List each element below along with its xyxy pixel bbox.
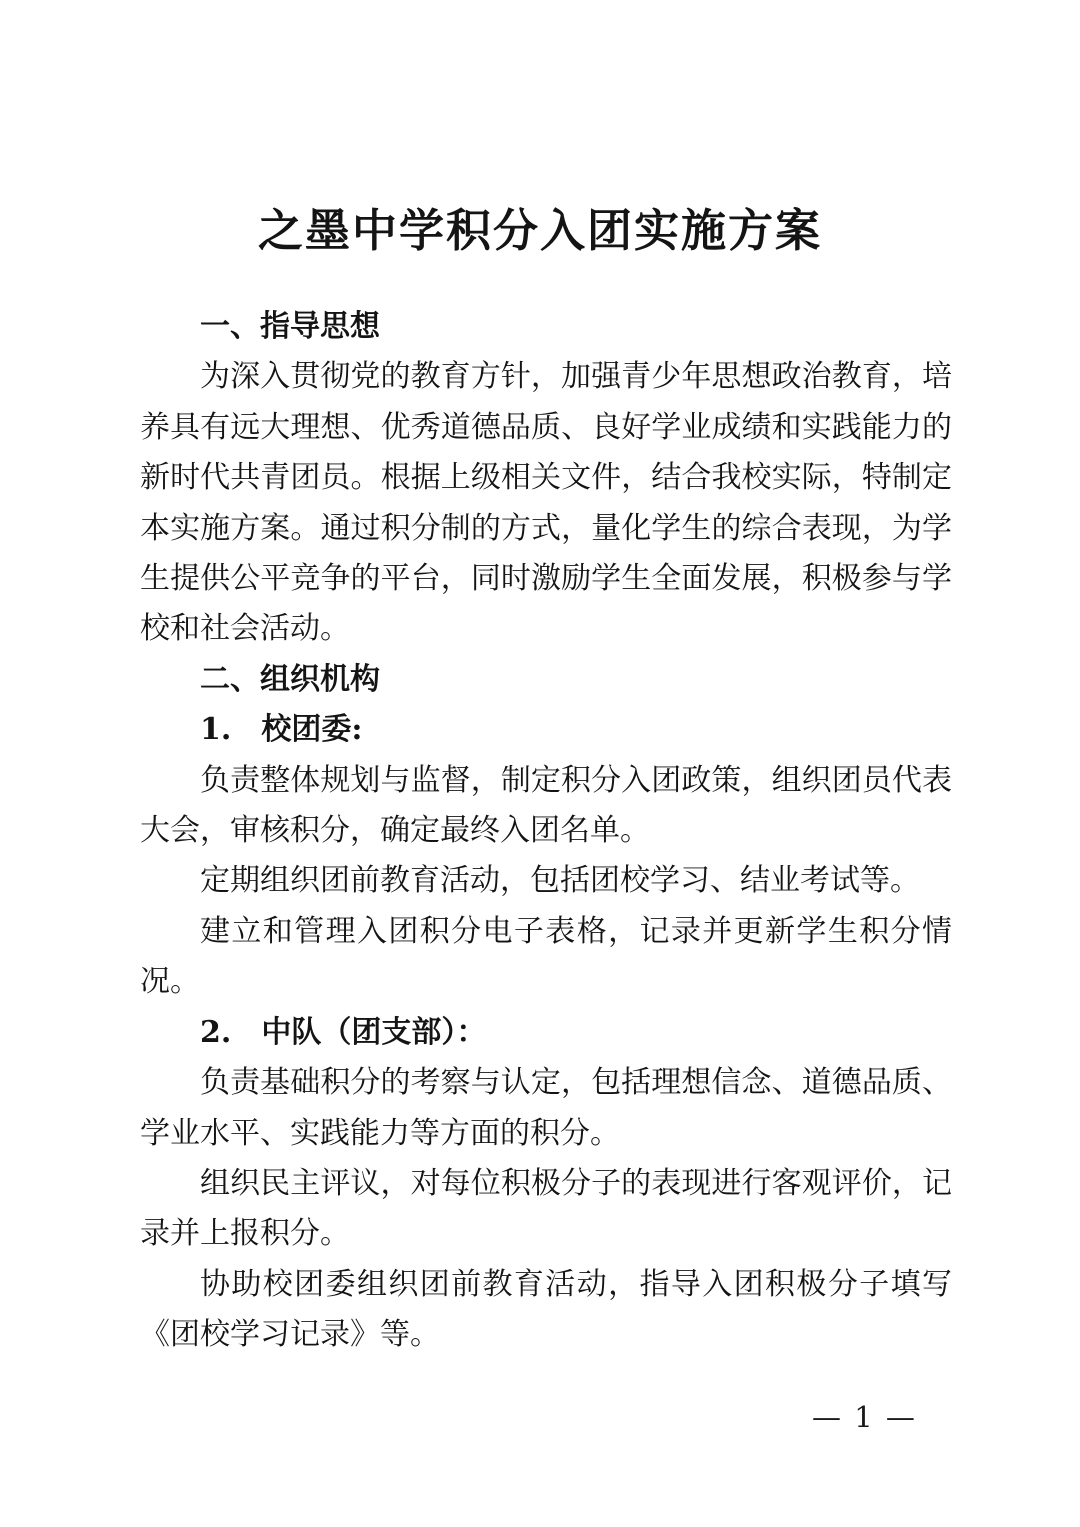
subsection-heading-squadron-branch: 2. 中队（团支部）： [140, 1008, 952, 1058]
page-number: — 1 — [812, 1400, 917, 1434]
document-body: 一、指导思想 为深入贯彻党的教育方针，加强青少年思想政治教育，培养具有远大理想、… [140, 302, 952, 1361]
paragraph-committee-duty-1: 负责整体规划与监督，制定积分入团政策，组织团员代表大会，审核积分，确定最终入团名… [140, 756, 952, 857]
paragraph-squadron-duty-3: 协助校团委组织团前教育活动，指导入团积极分子填写《团校学习记录》等。 [140, 1260, 952, 1361]
paragraph-committee-duty-3: 建立和管理入团积分电子表格，记录并更新学生积分情况。 [140, 907, 952, 1008]
section-heading-guiding-ideology: 一、指导思想 [140, 302, 952, 352]
paragraph-committee-duty-2: 定期组织团前教育活动，包括团校学习、结业考试等。 [140, 856, 952, 906]
paragraph-squadron-duty-1: 负责基础积分的考察与认定，包括理想信念、道德品质、学业水平、实践能力等方面的积分… [140, 1058, 952, 1159]
document-page: 之墨中学积分入团实施方案 一、指导思想 为深入贯彻党的教育方针，加强青少年思想政… [0, 0, 1080, 1527]
paragraph-squadron-duty-2: 组织民主评议，对每位积极分子的表现进行客观评价，记录并上报积分。 [140, 1159, 952, 1260]
section-heading-organization: 二、组织机构 [140, 655, 952, 705]
document-title: 之墨中学积分入团实施方案 [0, 194, 1080, 259]
subsection-heading-school-league-committee: 1. 校团委: [140, 705, 952, 755]
paragraph-guiding-ideology: 为深入贯彻党的教育方针，加强青少年思想政治教育，培养具有远大理想、优秀道德品质、… [140, 352, 952, 654]
